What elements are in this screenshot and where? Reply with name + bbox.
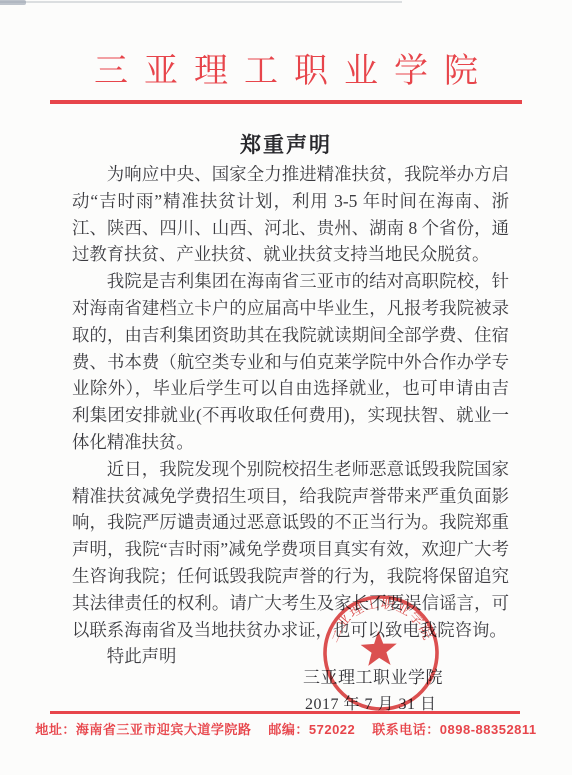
scanned-document-page: 三亚理工职业学院 郑重声明 为响应中央、国家全力推进精准扶贫，我院举办方启动“吉… — [0, 0, 572, 775]
phone-value: 0898-88352811 — [440, 722, 537, 737]
paragraph-3: 近日，我院发现个别院校招生老师恶意诋毁我院国家精准扶贫减免学费招生项目，给我院声… — [72, 456, 509, 644]
address-value: 海南省三亚市迎宾大道学院路 — [76, 722, 252, 737]
scan-artifact-corner — [0, 0, 26, 5]
footer-phone: 联系电话：0898-88352811 — [372, 719, 536, 738]
letterhead-institution-name: 三亚理工职业学院 — [0, 54, 572, 90]
phone-label: 联系电话： — [372, 722, 440, 737]
official-seal: 三亚理工职业学院 — [319, 591, 443, 715]
footer-address: 地址：海南省三亚市迎宾大道学院路 — [35, 719, 251, 738]
letterhead-double-rule — [50, 100, 522, 104]
postcode-label: 邮编： — [268, 722, 309, 737]
paragraph-1: 为响应中央、国家全力推进精准扶贫，我院举办方启动“吉时雨”精准扶贫计划，利用 3… — [72, 161, 509, 268]
star-icon — [360, 630, 397, 666]
address-label: 地址： — [35, 722, 76, 737]
scan-artifact-line — [0, 1, 402, 3]
closing-line: 特此声明 — [72, 643, 509, 670]
postcode-value: 572022 — [309, 722, 355, 737]
footer-contact-info: 地址：海南省三亚市迎宾大道学院路 邮编：572022 联系电话：0898-883… — [0, 719, 572, 738]
statement-body: 为响应中央、国家全力推进精准扶贫，我院举办方启动“吉时雨”精准扶贫计划，利用 3… — [72, 161, 509, 670]
footer-postcode: 邮编：572022 — [268, 719, 355, 738]
paragraph-2: 我院是吉利集团在海南省三亚市的结对高职院校，针对海南省建档立卡户的应届高中毕业生… — [72, 268, 509, 456]
statement-title: 郑重声明 — [0, 129, 572, 159]
footer-double-rule — [50, 711, 520, 714]
